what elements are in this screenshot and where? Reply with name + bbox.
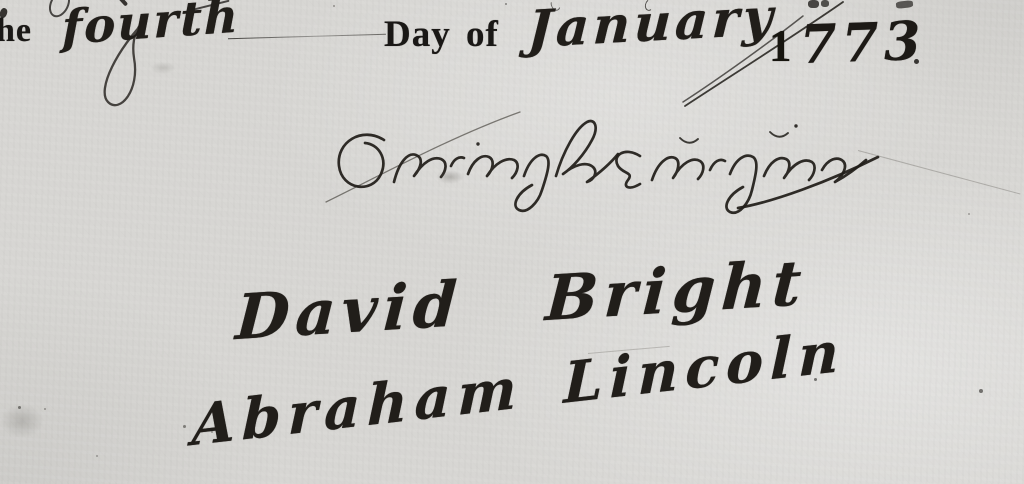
ink-speck: [211, 431, 213, 433]
ink-speck: [968, 213, 970, 215]
ink-speck: [505, 3, 507, 5]
cut-off-print-fragment: [896, 0, 914, 9]
ink-speck: [44, 408, 46, 410]
paper-smudge: [150, 62, 176, 74]
printed-day-of-label: Day of: [384, 13, 499, 56]
ink-speck: [979, 389, 983, 393]
printed-word-fragment-the: he: [0, 12, 32, 50]
ink-speck: [814, 378, 817, 381]
paper-smudge: [0, 404, 44, 438]
ink-speck: [96, 455, 98, 457]
paper-smudge: [436, 170, 464, 184]
document-scan: he fourth Day of January 1 773 David Bri…: [0, 0, 1024, 484]
ink-speck: [333, 5, 335, 7]
fill-in-rule-line: [228, 34, 386, 40]
kurrent-signature: [318, 100, 1024, 240]
year-1773: 1 773: [769, 12, 925, 74]
period-mark: [914, 59, 919, 64]
year-digits-script: 773: [799, 10, 927, 76]
year-digit-printed: 1: [769, 20, 792, 72]
ink-speck: [18, 406, 21, 409]
ink-speck: [183, 425, 186, 428]
